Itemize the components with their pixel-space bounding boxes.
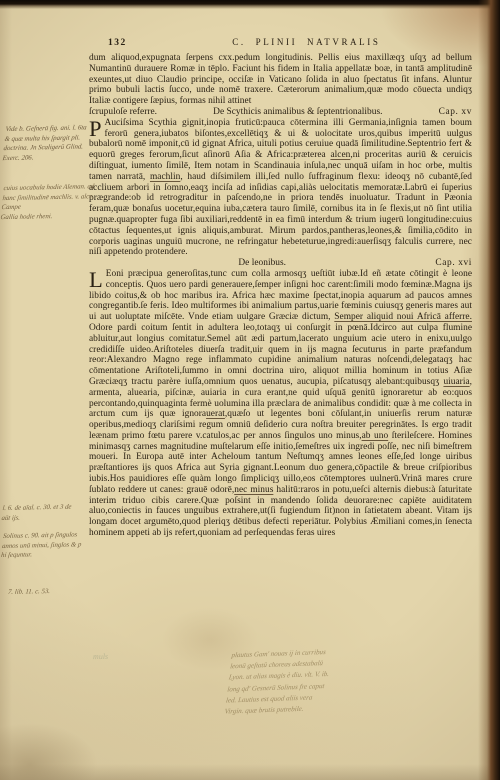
paragraph-cap-xvi-text: Eoni præcipua generoſitas,tunc cum colla… (89, 269, 472, 538)
chapter-heading-xv: ſcrupuloſe referre. De Scythicis animali… (89, 107, 472, 118)
chapter-heading-xvi: De leonibus. Cap. xvi (89, 258, 472, 269)
chapter-number-xv: Cap. xv (439, 107, 472, 118)
paragraph-cap-xv: PAuciſsima Scythia gignit,inopia fruticū… (89, 118, 472, 258)
margin-note-1: Vide b. Geſnerū fig. ani. l. 6ta & quæ m… (2, 123, 108, 164)
running-head: C. PLINII NATVRALIS (127, 37, 472, 47)
right-page-edge (478, 0, 500, 780)
paragraph-cap-xvi: LEoni præcipua generoſitas,tunc cum coll… (89, 269, 472, 539)
page-header: 132 C. PLINII NATVRALIS (89, 37, 472, 48)
margin-note-3: l. 6. de aīal. c. 30. et 3 de aūt ijs. (1, 502, 99, 523)
top-edge-shadow (0, 0, 500, 9)
dropcap-l: L (89, 269, 106, 289)
margin-note-2: cuius uocabula hodie Aleman. ad hanc ſim… (0, 182, 110, 223)
paragraph-continuation: dum aliquod,expugnata ſerpens cxx.pedum … (89, 53, 472, 107)
paragraph-cap-xv-text: Auciſsima Scythia gignit,inopia fruticū:… (89, 118, 472, 258)
text-column: dum aliquod,expugnata ſerpens cxx.pedum … (89, 53, 472, 539)
chapter-title-xv: De Scythicis animalibus & ſeptentrionali… (157, 107, 439, 118)
book-page: 132 C. PLINII NATVRALIS dum aliquod,expu… (0, 0, 500, 780)
bottom-handwritten-note: plautus Gam' nouas ij in curribus leonū … (224, 643, 427, 717)
chapter-title-xvi: De leonibus. (89, 258, 435, 269)
margin-note-5: 7. lib. 11. c. 53. (8, 586, 95, 597)
margin-note-4: Solinus c. 90. ait p ſingulos annos unū … (1, 530, 100, 561)
chapter-number-xvi: Cap. xvi (435, 258, 472, 269)
page-number: 132 (108, 38, 127, 48)
ghost-mark: muls (93, 652, 108, 661)
paragraph-tail: ſcrupuloſe referre. (89, 107, 157, 118)
